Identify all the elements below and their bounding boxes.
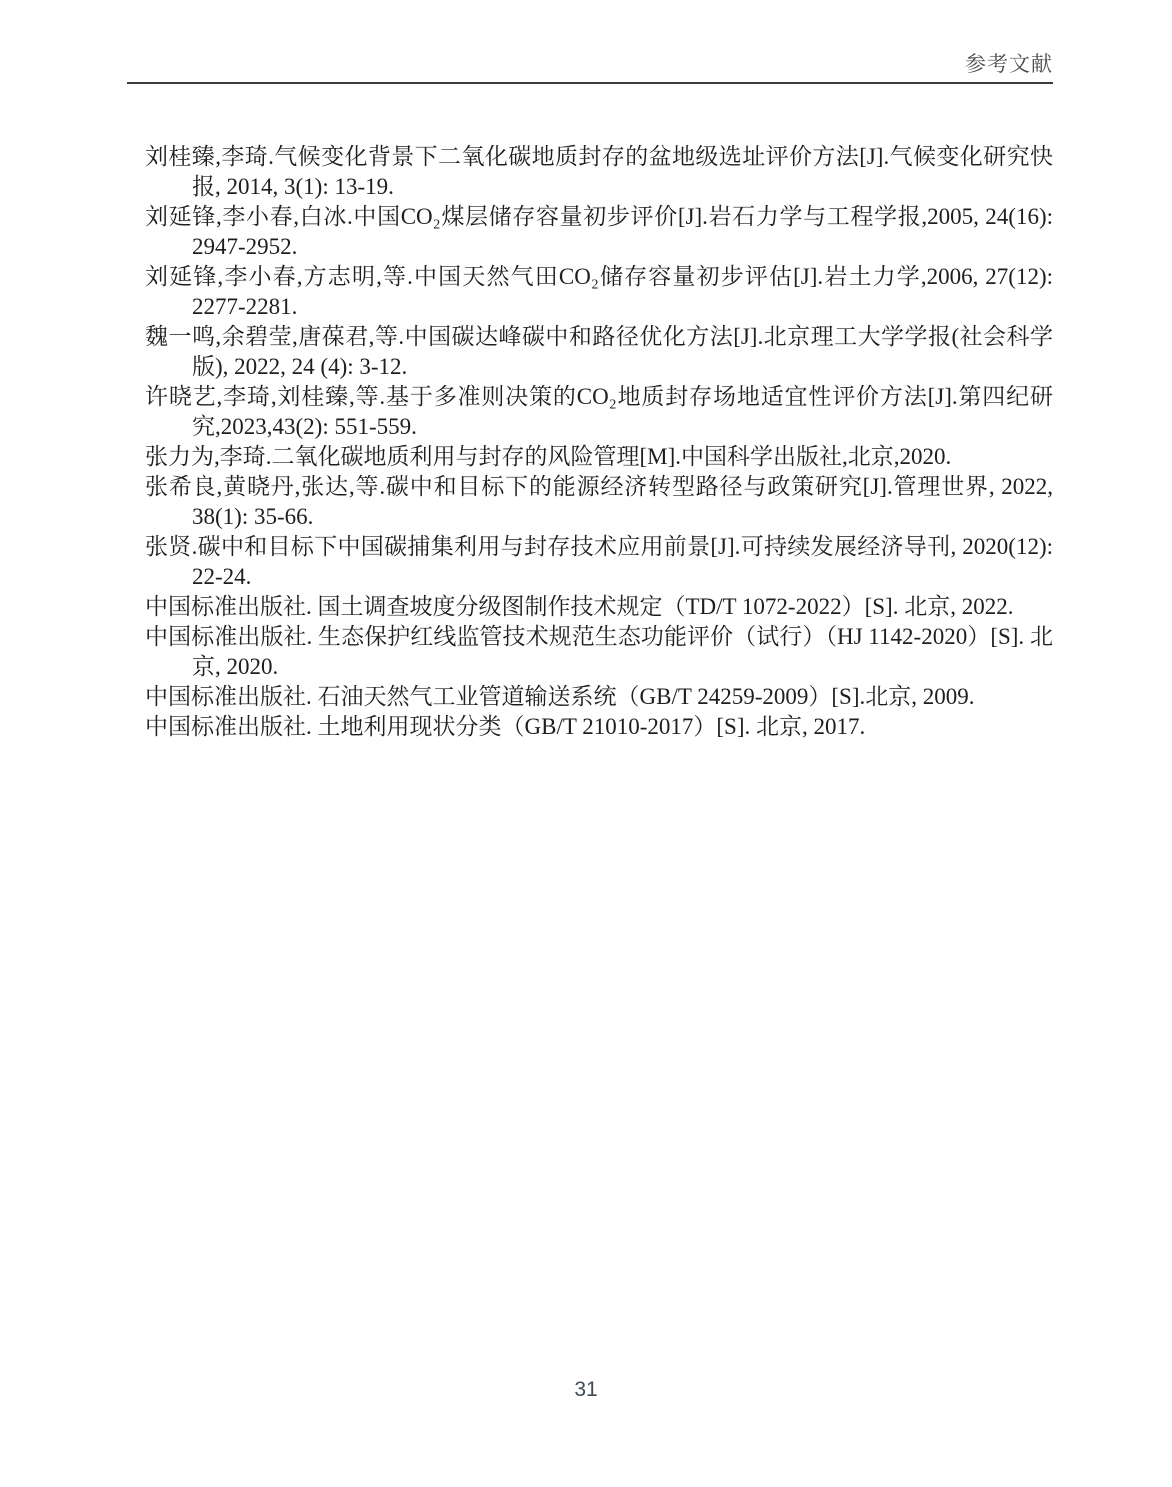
reference-entry: 中国标准出版社. 石油天然气工业管道输送系统（GB/T 24259-2009）[… [145,682,1053,712]
reference-entry: 魏一鸣,余碧莹,唐葆君,等.中国碳达峰碳中和路径优化方法[J].北京理工大学学报… [145,322,1053,382]
reference-entry: 中国标准出版社. 土地利用现状分类（GB/T 21010-2017）[S]. 北… [145,712,1053,742]
reference-entry: 刘桂臻,李琦.气候变化背景下二氧化碳地质封存的盆地级选址评价方法[J].气候变化… [145,142,1053,202]
header-rule-divider [127,82,1053,84]
page-number: 31 [574,1378,597,1401]
reference-entry: 刘延锋,李小春,方志明,等.中国天然气田CO₂储存容量初步评估[J].岩土力学,… [145,262,1053,322]
reference-entry: 张希良,黄晓丹,张达,等.碳中和目标下的能源经济转型路径与政策研究[J].管理世… [145,472,1053,532]
reference-entry: 张贤.碳中和目标下中国碳捕集利用与封存技术应用前景[J].可持续发展经济导刊, … [145,532,1053,592]
reference-entry: 刘延锋,李小春,白冰.中国CO₂煤层储存容量初步评价[J].岩石力学与工程学报,… [145,202,1053,262]
reference-entry: 中国标准出版社. 生态保护红线监管技术规范生态功能评价（试行）（HJ 1142-… [145,622,1053,682]
reference-entry: 中国标准出版社. 国土调查坡度分级图制作技术规定（TD/T 1072-2022）… [145,592,1053,622]
header-title: 参考文献 [127,0,1053,75]
page-header: 参考文献 [127,0,1053,84]
references-list: 刘桂臻,李琦.气候变化背景下二氧化碳地质封存的盆地级选址评价方法[J].气候变化… [145,142,1053,742]
page-footer: 31 [0,1378,1172,1402]
reference-entry: 张力为,李琦.二氧化碳地质利用与封存的风险管理[M].中国科学出版社,北京,20… [145,442,1053,472]
reference-entry: 许晓艺,李琦,刘桂臻,等.基于多准则决策的CO₂地质封存场地适宜性评价方法[J]… [145,382,1053,442]
